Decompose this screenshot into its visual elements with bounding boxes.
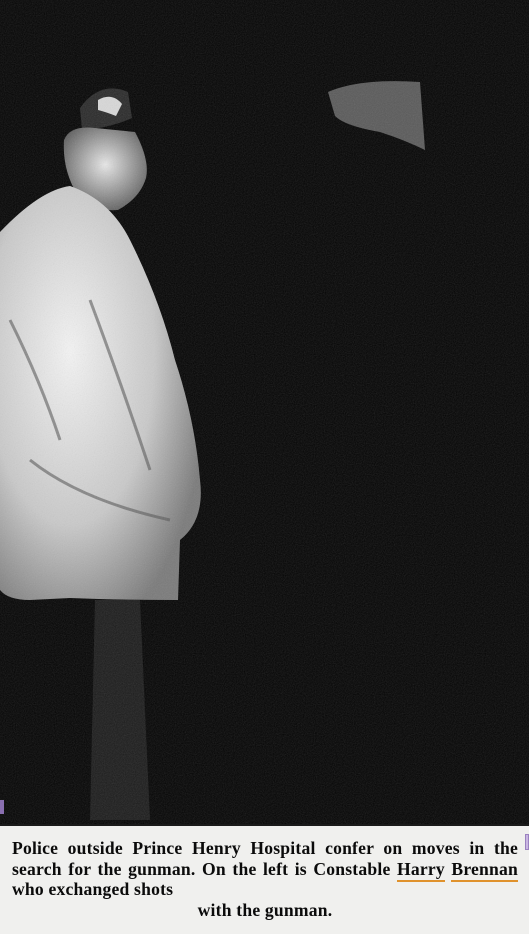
caption-line-3-prefix: Constable [313, 859, 397, 879]
caption-line-1: Police outside Prince Henry Hospital con… [12, 838, 402, 858]
page-edge-marker-right [525, 834, 529, 850]
caption-line-3-suffix: who exchanged shots [12, 879, 173, 899]
photo-caption: Police outside Prince Henry Hospital con… [0, 824, 529, 934]
highlighted-name-first[interactable]: Harry [397, 859, 445, 882]
caption-text: Police outside Prince Henry Hospital con… [12, 838, 518, 920]
page-edge-marker-left [0, 800, 4, 814]
photo-illustration [0, 0, 529, 824]
newspaper-photo [0, 0, 529, 824]
caption-line-4: with the gunman. [12, 900, 518, 921]
highlighted-name-last[interactable]: Brennan [451, 859, 518, 882]
